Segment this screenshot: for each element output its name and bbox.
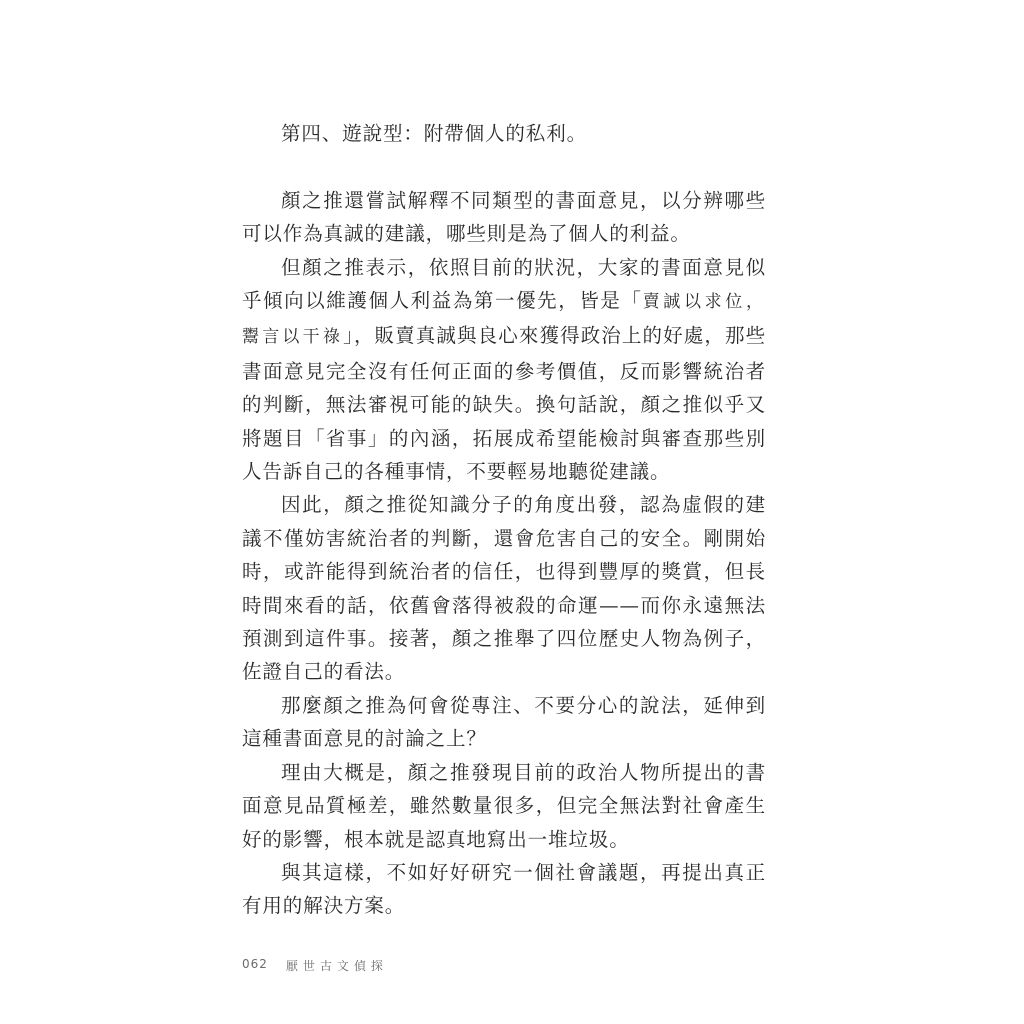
paragraph-6: 與其這樣，不如好好研究一個社會議題，再提出真正有用的解決方案。	[242, 856, 766, 923]
book-title: 厭世古文偵探	[286, 957, 388, 974]
body-text: 第四、遊說型：附帶個人的私利。 顏之推還嘗試解釋不同類型的書面意見，以分辨哪些可…	[242, 117, 766, 923]
section-heading: 第四、遊說型：附帶個人的私利。	[242, 117, 766, 150]
paragraph-4: 那麼顏之推為何會從專注、不要分心的說法，延伸到這種書面意見的討論之上？	[242, 689, 766, 756]
paragraph-2: 但顏之推表示，依照目前的狀況，大家的書面意見似乎傾向以維護個人利益為第一優先，皆…	[242, 251, 766, 489]
paragraph-5: 理由大概是，顏之推發現目前的政治人物所提出的書面意見品質極差，雖然數量很多，但完…	[242, 756, 766, 856]
paragraph-1: 顏之推還嘗試解釋不同類型的書面意見，以分辨哪些可以作為真誠的建議，哪些則是為了個…	[242, 184, 766, 251]
book-page: 第四、遊說型：附帶個人的私利。 顏之推還嘗試解釋不同類型的書面意見，以分辨哪些可…	[0, 0, 1024, 1024]
blank-line	[242, 150, 766, 183]
page-footer: 062 厭世古文偵探	[242, 957, 388, 974]
paragraph-2-rest: 」，販賣真誠與良心來獲得政治上的好處，那些書面意見完全沒有任何正面的參考價值，反…	[242, 324, 766, 483]
paragraph-3: 因此，顏之推從知識分子的角度出發，認為虛假的建議不僅妨害統治者的判斷，還會危害自…	[242, 488, 766, 688]
page-number: 062	[242, 957, 268, 974]
